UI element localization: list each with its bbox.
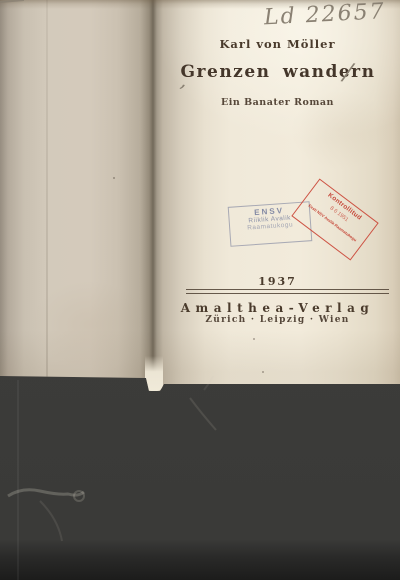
title-page: Ld 22657 Karl von Möller , Grenzen wande… [0, 0, 400, 392]
publication-year: 1937 [160, 275, 395, 288]
publisher-name: Amalthea-Verlag [160, 301, 395, 315]
pencil-underline [0, 0, 24, 3]
control-stamp: Kontrollitud 8 6 1951 Eesti NSV Avalik R… [291, 178, 378, 260]
paper-speck [253, 338, 255, 340]
paper-speck [262, 371, 264, 373]
double-rule [186, 289, 389, 294]
scratch-marks [0, 376, 400, 580]
paper-speck [113, 177, 115, 179]
book-title: Grenzen wandern [150, 62, 400, 82]
publisher-cities: Zürich · Leipzig · Wien [160, 315, 395, 325]
book-subtitle: Ein Banater Roman [160, 97, 395, 108]
handwritten-catalog-number: Ld 22657 [263, 0, 394, 30]
author-name: Karl von Möller [160, 37, 395, 51]
page-crease [46, 0, 48, 377]
paper-stain [30, 280, 150, 370]
scanned-book-photo: Ld 22657 Karl von Möller , Grenzen wande… [0, 0, 400, 580]
